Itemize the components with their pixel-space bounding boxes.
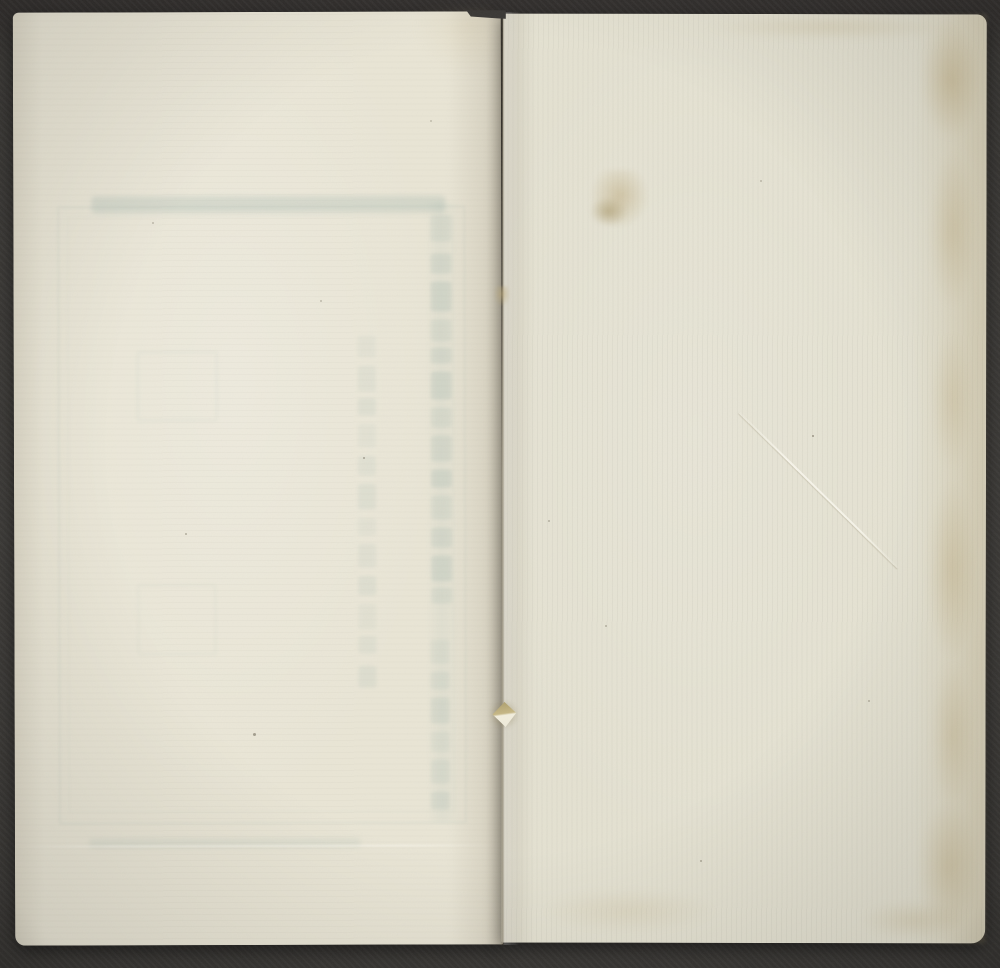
spine-small-tear (494, 286, 510, 306)
left-page-bleedthrough-layer (13, 11, 503, 945)
right-page (501, 14, 987, 944)
bleedthrough-glyph (358, 636, 376, 654)
bleedthrough-glyph (358, 456, 376, 476)
bleedthrough-glyph (430, 253, 451, 273)
right-page-top-stain-lobe (590, 198, 626, 226)
bleedthrough-glyph (358, 366, 376, 392)
bleedthrough-glyph (358, 666, 376, 688)
bleedthrough-glyph (358, 424, 376, 448)
bleedthrough-seal (137, 584, 216, 655)
bleedthrough-glyph (430, 215, 451, 241)
bleedthrough-glyph (358, 518, 376, 536)
right-page-gutter-shade (501, 14, 537, 943)
bleedthrough-glyph (431, 371, 452, 399)
bleedthrough-glyph (431, 791, 450, 809)
right-page-diagonal-crease (739, 412, 899, 569)
bleedthrough-glyph (358, 484, 376, 510)
bleedthrough-glyph (431, 319, 452, 341)
bleedthrough-glyph (430, 639, 449, 663)
left-page-horizontal-crease (21, 844, 497, 847)
bleedthrough-glyph (358, 604, 376, 630)
bleedthrough-text-columns (13, 11, 503, 945)
right-page-edge-tint (913, 14, 987, 943)
book-scan-photo (0, 0, 1000, 968)
bleedthrough-glyph (431, 495, 452, 519)
bleedthrough-glyph (431, 407, 452, 427)
left-page-gutter-shade (449, 11, 503, 944)
bleedthrough-glyph (358, 336, 376, 358)
bleedthrough-glyph (358, 544, 376, 568)
bleedthrough-glyph (431, 587, 452, 603)
bleedthrough-glyph (430, 281, 451, 311)
bleedthrough-title-band (91, 196, 445, 214)
bleedthrough-glyph (431, 469, 452, 487)
bleedthrough-glyph (431, 527, 452, 547)
bleedthrough-glyph (358, 398, 376, 416)
bleedthrough-frame-outer (57, 205, 467, 824)
bleedthrough-glyph (431, 555, 452, 581)
foxing-stain (539, 888, 719, 934)
bleedthrough-frame-inner (67, 215, 455, 812)
bleedthrough-glyph (431, 759, 450, 783)
bleedthrough-seals (13, 11, 503, 945)
bleedthrough-glyph (431, 347, 452, 363)
bleedthrough-glyph (358, 576, 376, 596)
bleedthrough-glyph (431, 671, 450, 689)
left-page (13, 11, 503, 945)
bleedthrough-glyph (431, 697, 450, 723)
bleedthrough-glyph (431, 731, 450, 751)
bleedthrough-seal (137, 351, 218, 421)
bleedthrough-glyph (431, 435, 452, 461)
